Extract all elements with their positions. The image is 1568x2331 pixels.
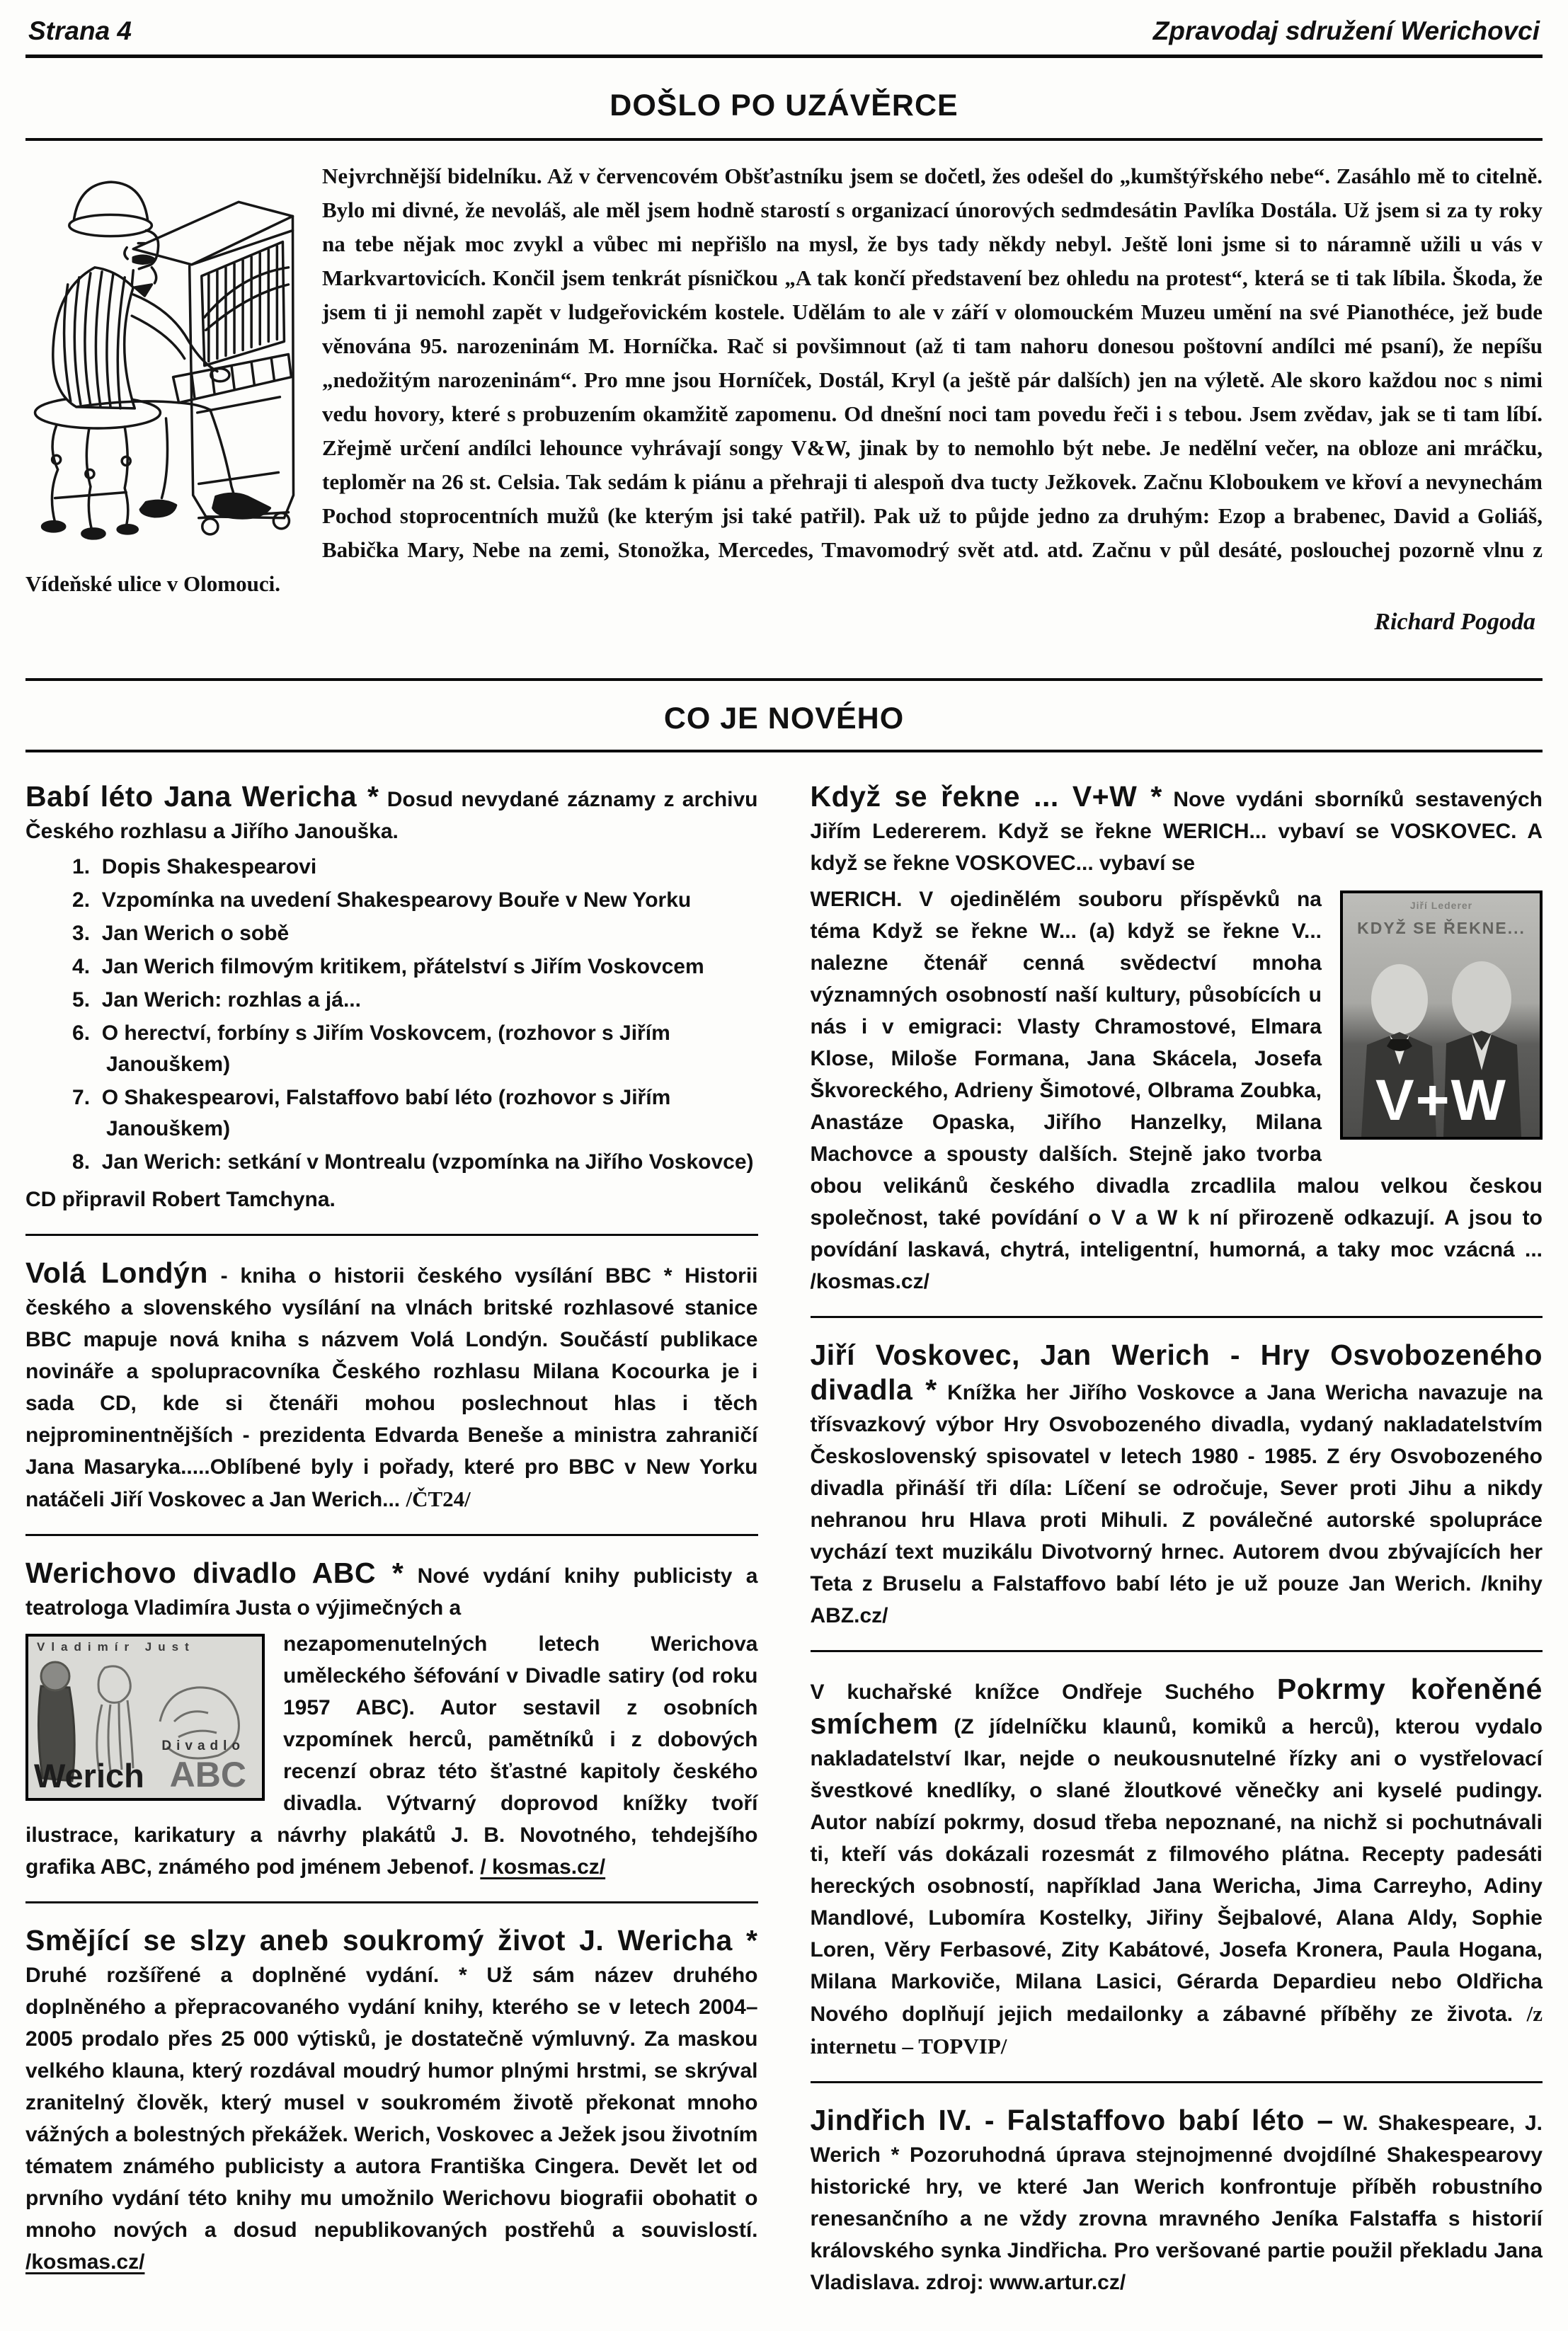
list-item: Dopis Shakespearovi [72, 852, 758, 883]
list-item: O herectví, forbíny s Jiřím Voskovcem, (… [72, 1018, 758, 1080]
babi-leto-heading: Babí léto Jana Wericha * [25, 780, 379, 813]
page-number-label: Strana 4 [28, 17, 132, 46]
kdyz-intro: Když se řekne ... V+W * Nove vydáni sbor… [811, 781, 1543, 879]
article-pokrmy-korenene-smichem: V kuchařské knížce Ondřeje Suchého Pokrm… [811, 1673, 1543, 2063]
section-title-novinky: CO JE NOVÉHO [25, 702, 1543, 735]
smejici-source: /kosmas.cz/ [25, 2250, 144, 2274]
article-divider [25, 1534, 758, 1536]
divadlo-abc-intro: Werichovo divadlo ABC * Nové vydání knih… [25, 1557, 758, 1624]
newsletter-title: Zpravodaj sdružení Werichovci [1153, 17, 1540, 46]
vola-londyn-text: - kniha o historii českého vysílání BBC … [25, 1264, 758, 1511]
jindrich-heading: Jindřich IV. - Falstaffovo babí léto – [811, 2104, 1334, 2136]
two-column-layout: Babí léto Jana Wericha * Dosud nevydané … [25, 781, 1543, 2303]
smejici-text: Druhé rozšířené a doplněné vydání. * Už … [25, 1964, 758, 2242]
article-babi-leto: Babí léto Jana Wericha * Dosud nevydané … [25, 781, 758, 1215]
list-item: Jan Werich filmovým kritikem, přátelství… [72, 951, 758, 983]
article-divider [811, 2081, 1543, 2083]
abc-cover-subtitle: Divadlo [161, 1739, 245, 1753]
babi-leto-intro: Babí léto Jana Wericha * Dosud nevydané … [25, 781, 758, 847]
smejici-body: Smějící se slzy aneb soukromý život J. W… [25, 1925, 758, 2278]
divadlo-abc-heading: Werichovo divadlo ABC * [25, 1557, 404, 1589]
pokrmy-text: (Z jídelníčku klaunů, komiků a herců), k… [811, 1715, 1543, 2026]
doslo-title-rule [25, 138, 1543, 141]
novinky-top-rule [25, 678, 1543, 681]
divadlo-abc-rest: Vladimír Just Werich Divadlo ABC nezapom… [25, 1628, 758, 1883]
right-column: Když se řekne ... V+W * Nove vydáni sbor… [811, 781, 1543, 2303]
list-item: Jan Werich: rozhlas a já... [72, 985, 758, 1016]
section-title-doslo: DOŠLO PO UZÁVĚRCE [25, 89, 1543, 122]
vw-cover-logo: V+W [1343, 1072, 1540, 1130]
doslo-paragraph: Nejvrchnější bidelníku. Až v červencovém… [25, 159, 1543, 601]
list-item: Jan Werich o sobě [72, 918, 758, 949]
article-divider [811, 1316, 1543, 1318]
novinky-bottom-rule [25, 750, 1543, 752]
book-cover-werich-divadlo-abc: Vladimír Just Werich Divadlo ABC [25, 1634, 265, 1801]
abc-cover-title: Werich [34, 1759, 144, 1792]
article-divider [25, 1901, 758, 1903]
cd-track-list: Dopis Shakespearovi Vzpomínka na uvedení… [25, 852, 758, 1178]
article-divider [811, 1650, 1543, 1652]
vw-cover-author: Jiří Lederer [1343, 900, 1540, 910]
book-cover-kdyz-se-rekne-vw: Jiří Lederer KDYŽ SE ŘEKNE... V+W [1340, 890, 1543, 1140]
vw-cover-title: KDYŽ SE ŘEKNE... [1343, 920, 1540, 937]
list-item: Vzpomínka na uvedení Shakespearovy Bouře… [72, 885, 758, 916]
article-jindrich-iv: Jindřich IV. - Falstaffovo babí léto – W… [811, 2104, 1543, 2298]
pokrmy-body: V kuchařské knížce Ondřeje Suchého Pokrm… [811, 1673, 1543, 2063]
piano-player-illustration [25, 162, 305, 550]
list-item: Jan Werich: setkání v Montrealu (vzpomín… [72, 1147, 758, 1178]
vola-londyn-heading: Volá Londýn [25, 1256, 208, 1289]
jindrich-body: Jindřich IV. - Falstaffovo babí léto – W… [811, 2104, 1543, 2298]
babi-leto-outro: CD připravil Robert Tamchyna. [25, 1184, 758, 1215]
kdyz-source: /kosmas.cz/ [811, 1270, 929, 1293]
article-doslo-po-uzaverce: Nejvrchnější bidelníku. Až v červencovém… [25, 159, 1543, 637]
hry-text: Knížka her Jiřího Voskovce a Jana Werich… [811, 1381, 1543, 1596]
masthead-rule [25, 55, 1543, 58]
kdyz-rest: Jiří Lederer KDYŽ SE ŘEKNE... V+W WERICH… [811, 883, 1543, 1298]
abc-cover-abc: ABC [170, 1757, 246, 1792]
pokrmy-lead: V kuchařské knížce Ondřeje Suchého [811, 1680, 1255, 1704]
article-smejici-se-slzy: Smějící se slzy aneb soukromý život J. W… [25, 1925, 758, 2278]
divadlo-abc-source: / kosmas.cz/ [480, 1855, 605, 1879]
abc-cover-author: Vladimír Just [37, 1641, 256, 1653]
article-vola-londyn: Volá Londýn - kniha o historii českého v… [25, 1257, 758, 1516]
doslo-signature: Richard Pogoda [25, 608, 1535, 637]
hry-body: Jiří Voskovec, Jan Werich - Hry Osvoboze… [811, 1339, 1543, 1632]
vola-londyn-source: /ČT24/ [406, 1487, 471, 1511]
kdyz-heading: Když se řekne ... V+W * [811, 780, 1162, 813]
newsletter-page: Strana 4 Zpravodaj sdružení Werichovci D… [0, 0, 1568, 2331]
article-hry-osvobozeneho-divadla: Jiří Voskovec, Jan Werich - Hry Osvoboze… [811, 1339, 1543, 1632]
list-item: O Shakespearovi, Falstaffovo babí léto (… [72, 1082, 758, 1145]
masthead: Strana 4 Zpravodaj sdružení Werichovci [25, 10, 1543, 55]
left-column: Babí léto Jana Wericha * Dosud nevydané … [25, 781, 758, 2303]
vola-londyn-body: Volá Londýn - kniha o historii českého v… [25, 1257, 758, 1516]
article-divider [25, 1234, 758, 1236]
article-werichovo-divadlo-abc: Werichovo divadlo ABC * Nové vydání knih… [25, 1557, 758, 1883]
article-kdyz-se-rekne: Když se řekne ... V+W * Nove vydáni sbor… [811, 781, 1543, 1298]
jindrich-text: W. Shakespeare, J. Werich * Pozoruhodná … [811, 2112, 1543, 2294]
smejici-heading: Smějící se slzy aneb soukromý život J. W… [25, 1924, 758, 1957]
